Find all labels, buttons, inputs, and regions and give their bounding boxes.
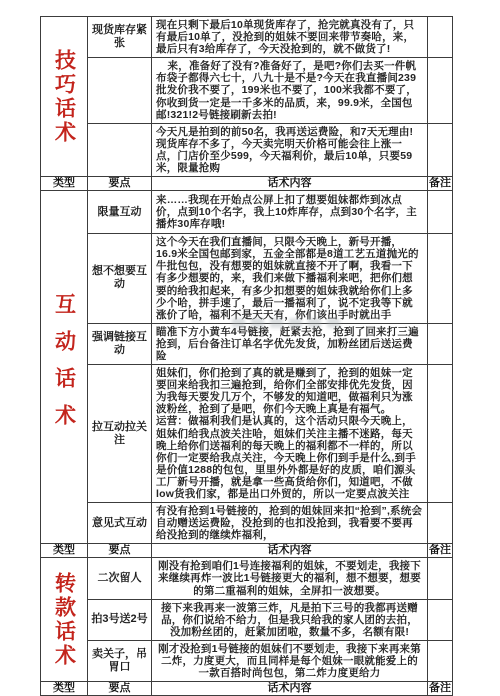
note-cell <box>428 640 453 681</box>
point-cell: 想不想要互动 <box>88 234 152 324</box>
note-cell <box>428 323 453 364</box>
point-cell: 卖关子，吊胃口 <box>88 640 152 681</box>
script-table: 技巧话术 现货库存紧张 现在只剩下最后10单现货库存了，抢完就真没有了，只有最后… <box>40 16 453 696</box>
scanned-script-sheet: { "colors": { "accent_red": "#c3241c", "… <box>0 0 500 644</box>
header-point: 要点 <box>88 544 152 558</box>
point-cell: 现货库存紧张 <box>88 17 152 58</box>
header-content: 话术内容 <box>152 544 428 558</box>
point-cell <box>88 58 152 123</box>
script-content: 瞄准下方小黄车4号链接，赶紧去抢，抢到了回来打三遍抢到，后台备注订单名字优先发货… <box>152 323 428 364</box>
note-cell <box>428 123 453 176</box>
script-content: 来……我现在开始点公屏上扣了想要姐妹都炸到冰点价，点到10个名字，我上10炸库存… <box>152 191 428 234</box>
header-type: 类型 <box>41 177 88 191</box>
script-content: 这个今天在我们直播间，只限今天晚上，新号开播，16.9米全国包邮到家，五金全部都… <box>152 234 428 324</box>
header-note: 备注 <box>428 544 453 558</box>
section-label-interaction: 互动话术 <box>41 191 88 544</box>
point-cell: 拍3号送2号 <box>88 599 152 640</box>
point-cell: 拉互动拉关注 <box>88 365 152 503</box>
point-cell: 强调链接互动 <box>88 323 152 364</box>
script-content: 刚没有抢到咱们1号连接福利的姐妹，不要划走，我接下来继续再炸一波比1号链接更大的… <box>152 558 428 599</box>
note-cell <box>428 503 453 544</box>
script-content: 姐妹们，你们抢到了真的就是赚到了，抢到的姐妹一定要回来给我扣三遍抢到，给你们全部… <box>152 365 428 503</box>
header-content: 话术内容 <box>152 177 428 191</box>
header-note: 备注 <box>428 682 453 696</box>
header-point: 要点 <box>88 177 152 191</box>
script-content: 来，准备好了没有?准备好了，是吧?你们去买一件帆布袋子都得六七十，八九十是不是?… <box>152 58 428 123</box>
script-table-sheet: 技巧话术 现货库存紧张 现在只剩下最后10单现货库存了，抢完就真没有了，只有最后… <box>40 16 453 696</box>
point-cell: 意见式互动 <box>88 503 152 544</box>
script-content: 现在只剩下最后10单现货库存了，抢完就真没有了，只有最后10单了，没抢到的姐妹不… <box>152 17 428 58</box>
script-content: 接下来我再来一波第三炸，凡是拍下三号的我都再送赠品，你们说给不给力，但是我只给我… <box>152 599 428 640</box>
header-type: 类型 <box>41 544 88 558</box>
column-header-row: 类型 要点 话术内容 备注 <box>41 682 453 696</box>
header-type: 类型 <box>41 682 88 696</box>
section-label-skill: 技巧话术 <box>41 17 88 177</box>
note-cell <box>428 599 453 640</box>
script-content: 刚才没抢到1号链接的姐妹们不要划走，我接下来再来第二炸，力度更大，而且同样是每个… <box>152 640 428 681</box>
note-cell <box>428 234 453 324</box>
point-cell: 二次留人 <box>88 558 152 599</box>
header-content: 话术内容 <box>152 682 428 696</box>
point-cell: 限量互动 <box>88 191 152 234</box>
script-content: 有没有抢到1号链接的，抢到的姐妹回来扣“抢到”,系统会自动赠送运费险，没抢到的也… <box>152 503 428 544</box>
note-cell <box>428 558 453 599</box>
header-note: 备注 <box>428 177 453 191</box>
note-cell <box>428 17 453 58</box>
section-label-conversion: 转款话术 <box>41 558 88 682</box>
column-header-row: 类型 要点 话术内容 备注 <box>41 544 453 558</box>
note-cell <box>428 58 453 123</box>
header-point: 要点 <box>88 682 152 696</box>
note-cell <box>428 365 453 503</box>
script-content: 今天凡是拍到的前50名，我再送运费险，和7天无理由!现货库存不多了，今天卖完明天… <box>152 123 428 176</box>
note-cell <box>428 191 453 234</box>
point-cell <box>88 123 152 176</box>
column-header-row: 类型 要点 话术内容 备注 <box>41 177 453 191</box>
